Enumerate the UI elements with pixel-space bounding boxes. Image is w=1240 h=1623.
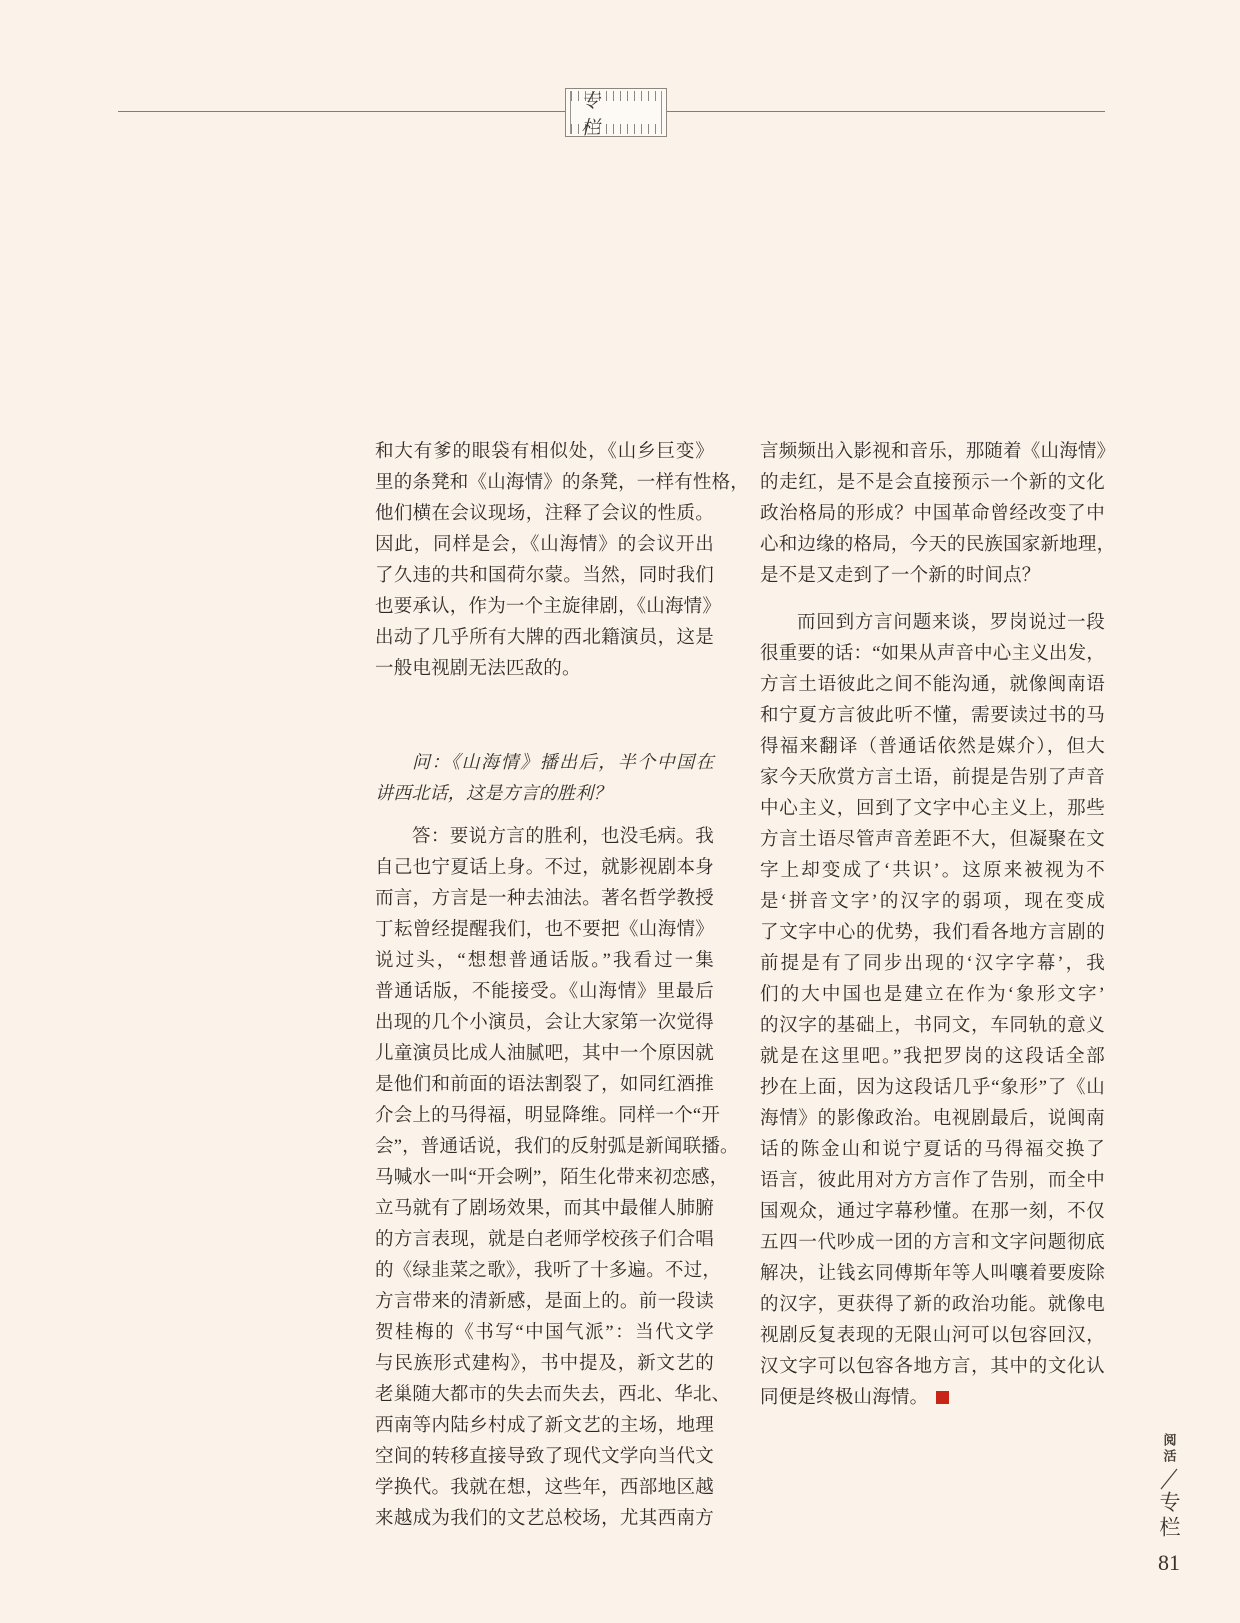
text-line: 答：要说方言的胜利，也没毛病。我 [375, 822, 714, 853]
text-line: 儿童演员比成人油腻吧，其中一个原因就 [375, 1039, 714, 1070]
text-line: 方言土语尽管声音差距不大，但凝聚在文 [760, 825, 1105, 856]
text-line: 讲西北话，这是方言的胜利？ [375, 778, 714, 809]
text-line: 家今天欣赏方言土语，前提是告别了声音 [760, 763, 1105, 794]
text-line: 马喊水一叫“开会咧”，陌生化带来初恋感， [375, 1163, 714, 1194]
page-footer: 阅活 专栏 81 [1146, 1433, 1192, 1576]
text-line: 方言土语彼此之间不能沟通，就像闽南语 [760, 670, 1105, 701]
text-line: 心和边缘的格局，今天的民族国家新地理， [760, 530, 1105, 561]
text-line: 贺桂梅的《书写“中国气派”：当代文学 [375, 1318, 714, 1349]
left-text-column: 和大有爹的眼袋有相似处，《山乡巨变》里的条凳和《山海情》的条凳，一样有性格，他们… [375, 437, 714, 1535]
section-name: 专栏 [1154, 1491, 1184, 1541]
text-line: 中心主义，回到了文字中心主义上，那些 [760, 794, 1105, 825]
body-paragraph-continued: 和大有爹的眼袋有相似处，《山乡巨变》里的条凳和《山海情》的条凳，一样有性格，他们… [375, 437, 714, 685]
text-line: 得福来翻译（普通话依然是媒介），但大 [760, 732, 1105, 763]
text-line: 话的陈金山和说宁夏话的马得福交换了 [760, 1135, 1105, 1166]
text-line: 空间的转移直接导致了现代文学向当代文 [375, 1442, 714, 1473]
text-line: 出动了几乎所有大牌的西北籍演员，这是 [375, 623, 714, 654]
text-line: 普通话版，不能接受。《山海情》里最后 [375, 977, 714, 1008]
text-line: 说过头，“想想普通话版。”我看过一集 [375, 946, 714, 977]
text-line: 就是在这里吧。”我把罗岗的这段话全部 [760, 1042, 1105, 1073]
text-line: 而回到方言问题来谈，罗岗说过一段 [760, 608, 1105, 639]
interview-answer: 答：要说方言的胜利，也没毛病。我自己也宁夏话上身。不过，就影视剧本身而言，方言是… [375, 822, 714, 1535]
text-line: 学换代。我就在想，这些年，西部地区越 [375, 1473, 714, 1504]
text-line: 与民族形式建构》，书中提及，新文艺的 [375, 1349, 714, 1380]
text-line: 里的条凳和《山海情》的条凳，一样有性格， [375, 468, 714, 499]
section-badge: 专 栏 [565, 88, 667, 137]
text-line: 是他们和前面的语法割裂了，如同红酒推 [375, 1070, 714, 1101]
text-line: 问：《山海情》播出后，半个中国在 [375, 747, 714, 778]
text-line: 丁耘曾经提醒我们，也不要把《山海情》 [375, 915, 714, 946]
text-line: 出现的几个小演员，会让大家第一次觉得 [375, 1008, 714, 1039]
text-line: 立马就有了剧场效果，而其中最催人肺腑 [375, 1194, 714, 1225]
text-line: 和宁夏方言彼此听不懂，需要读过书的马 [760, 701, 1105, 732]
text-line: 抄在上面，因为这段话几乎“象形”了《山 [760, 1073, 1105, 1104]
text-line: 的《绿韭菜之歌》，我听了十多遍。不过， [375, 1256, 714, 1287]
text-line: 政治格局的形成？中国革命曾经改变了中 [760, 499, 1105, 530]
text-line: 是‘拼音文字’的汉字的弱项，现在变成 [760, 887, 1105, 918]
text-line: 很重要的话：“如果从声音中心主义出发， [760, 639, 1105, 670]
text-line: 自己也宁夏话上身。不过，就影视剧本身 [375, 853, 714, 884]
text-line: 视剧反复表现的无限山河可以包容回汉， [760, 1321, 1105, 1352]
text-line: 的汉字，更获得了新的政治功能。就像电 [760, 1290, 1105, 1321]
text-line: 的方言表现，就是白老师学校孩子们合唱 [375, 1225, 714, 1256]
header-rule-left [118, 111, 565, 112]
text-line: 们的大中国也是建立在作为‘象形文字’ [760, 980, 1105, 1011]
text-line: 会”，普通话说，我们的反射弧是新闻联播。 [375, 1132, 714, 1163]
interview-question: 问：《山海情》播出后，半个中国在讲西北话，这是方言的胜利？ [375, 747, 714, 809]
text-line: 是不是又走到了一个新的时间点？ [760, 561, 1105, 592]
text-line: 解决，让钱玄同傅斯年等人叫嚷着要废除 [760, 1259, 1105, 1290]
section-title: 专 栏 [566, 89, 666, 136]
text-line: 了久违的共和国荷尔蒙。当然，同时我们 [375, 561, 714, 592]
body-paragraph: 而回到方言问题来谈，罗岗说过一段很重要的话：“如果从声音中心主义出发，方言土语彼… [760, 608, 1105, 1414]
text-line: 而言，方言是一种去油法。著名哲学教授 [375, 884, 714, 915]
text-line: 前提是有了同步出现的‘汉字字幕’，我 [760, 949, 1105, 980]
magazine-page: { "page": { "bg_color": "#fbf2ea", "text… [0, 0, 1240, 1623]
text-line: 字上却变成了‘共识’。这原来被视为不 [760, 856, 1105, 887]
text-line: 国观众，通过字幕秒懂。在那一刻，不仅 [760, 1197, 1105, 1228]
text-line: 方言带来的清新感，是面上的。前一段读 [375, 1287, 714, 1318]
article-end-mark [936, 1391, 949, 1404]
text-line: 他们横在会议现场，注释了会议的性质。 [375, 499, 714, 530]
text-line: 的走红，是不是会直接预示一个新的文化 [760, 468, 1105, 499]
text-line: 老巢随大都市的失去而失去，西北、华北、 [375, 1380, 714, 1411]
right-text-column: 言频频出入影视和音乐，那随着《山海情》的走红，是不是会直接预示一个新的文化政治格… [760, 437, 1105, 1414]
text-line: 介会上的马得福，明显降维。同样一个“开 [375, 1101, 714, 1132]
text-line: 因此，同样是会，《山海情》的会议开出 [375, 530, 714, 561]
text-line: 和大有爹的眼袋有相似处，《山乡巨变》 [375, 437, 714, 468]
text-line: 海情》的影像政治。电视剧最后，说闽南 [760, 1104, 1105, 1135]
text-line: 同便是终极山海情。 [760, 1383, 1105, 1414]
text-line: 西南等内陆乡村成了新文艺的主场，地理 [375, 1411, 714, 1442]
text-line: 来越成为我们的文艺总校场，尤其西南方 [375, 1504, 714, 1535]
text-line: 的汉字的基础上，书同文，车同轨的意义 [760, 1011, 1105, 1042]
text-line: 五四一代吵成一团的方言和文字问题彻底 [760, 1228, 1105, 1259]
text-line: 一般电视剧无法匹敌的。 [375, 654, 714, 685]
magazine-name: 阅活 [1160, 1433, 1179, 1465]
diagonal-slash-icon [1158, 1467, 1180, 1491]
text-line: 语言，彼此用对方方言作了告别，而全中 [760, 1166, 1105, 1197]
text-line: 汉文字可以包容各地方言，其中的文化认 [760, 1352, 1105, 1383]
page-number: 81 [1158, 1550, 1180, 1576]
text-line: 言频频出入影视和音乐，那随着《山海情》 [760, 437, 1105, 468]
text-line: 了文字中心的优势，我们看各地方言剧的 [760, 918, 1105, 949]
header-rule-right [667, 111, 1105, 112]
text-line: 也要承认，作为一个主旋律剧，《山海情》 [375, 592, 714, 623]
body-paragraph-continued: 言频频出入影视和音乐，那随着《山海情》的走红，是不是会直接预示一个新的文化政治格… [760, 437, 1105, 592]
